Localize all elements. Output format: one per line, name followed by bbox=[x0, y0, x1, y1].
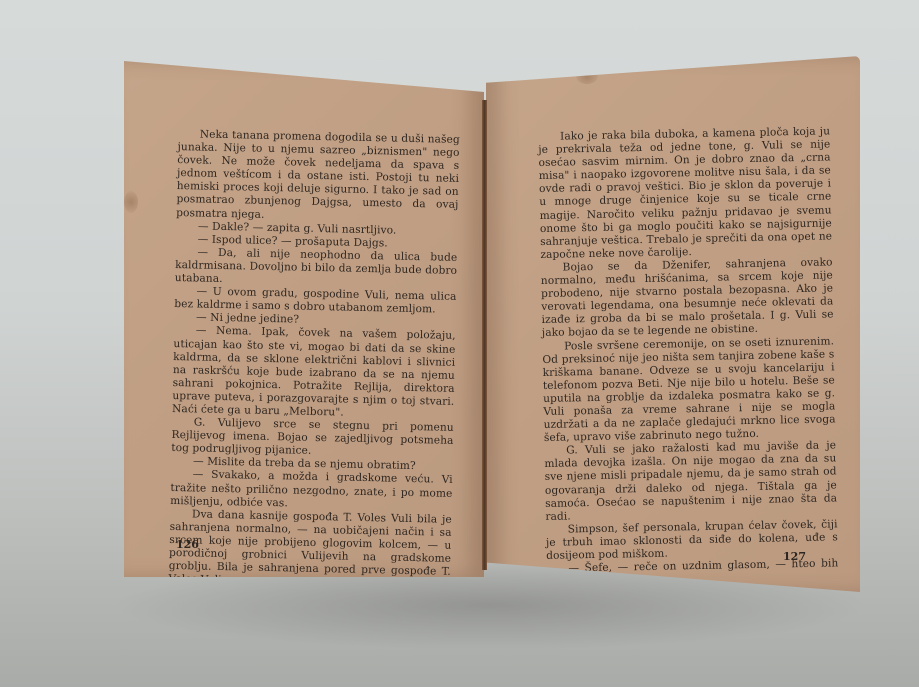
paragraph: Posle svršene ceremonije, on se oseti iz… bbox=[542, 335, 836, 445]
book-spine bbox=[482, 100, 487, 570]
left-page: Neka tanana promena dogodila se u duši n… bbox=[124, 61, 484, 577]
paragraph: Bojao se da Dženifer, sahranjena ovako n… bbox=[541, 256, 834, 340]
paragraph: G. Vuli se jako ražalosti kad mu javiše … bbox=[544, 440, 837, 524]
page-number-right: 127 bbox=[783, 550, 806, 563]
paragraph: Čitao je molitve i nad Dženiferinom otvo… bbox=[166, 652, 448, 684]
paragraph: — Svakako, a možda i gradskome veću. Vi … bbox=[170, 468, 453, 513]
paragraph: — Da, ali nije neophodno da ulica bude k… bbox=[175, 246, 458, 291]
page-number-left: 126 bbox=[176, 538, 199, 551]
page-stain bbox=[576, 68, 598, 84]
paragraph: Neka tanana promena dogodila se u duši n… bbox=[176, 128, 460, 226]
paragraph: Iako je raka bila duboka, a kamena ploča… bbox=[538, 125, 832, 262]
paragraph: G. Vulijevo srce se stegnu pri pomenu Re… bbox=[171, 416, 454, 461]
right-page: Iako je raka bila duboka, a kamena ploča… bbox=[486, 56, 860, 592]
paragraph: — Nema. Ipak, čovek na vašem položaju, u… bbox=[172, 324, 456, 422]
page-stain bbox=[124, 191, 138, 213]
